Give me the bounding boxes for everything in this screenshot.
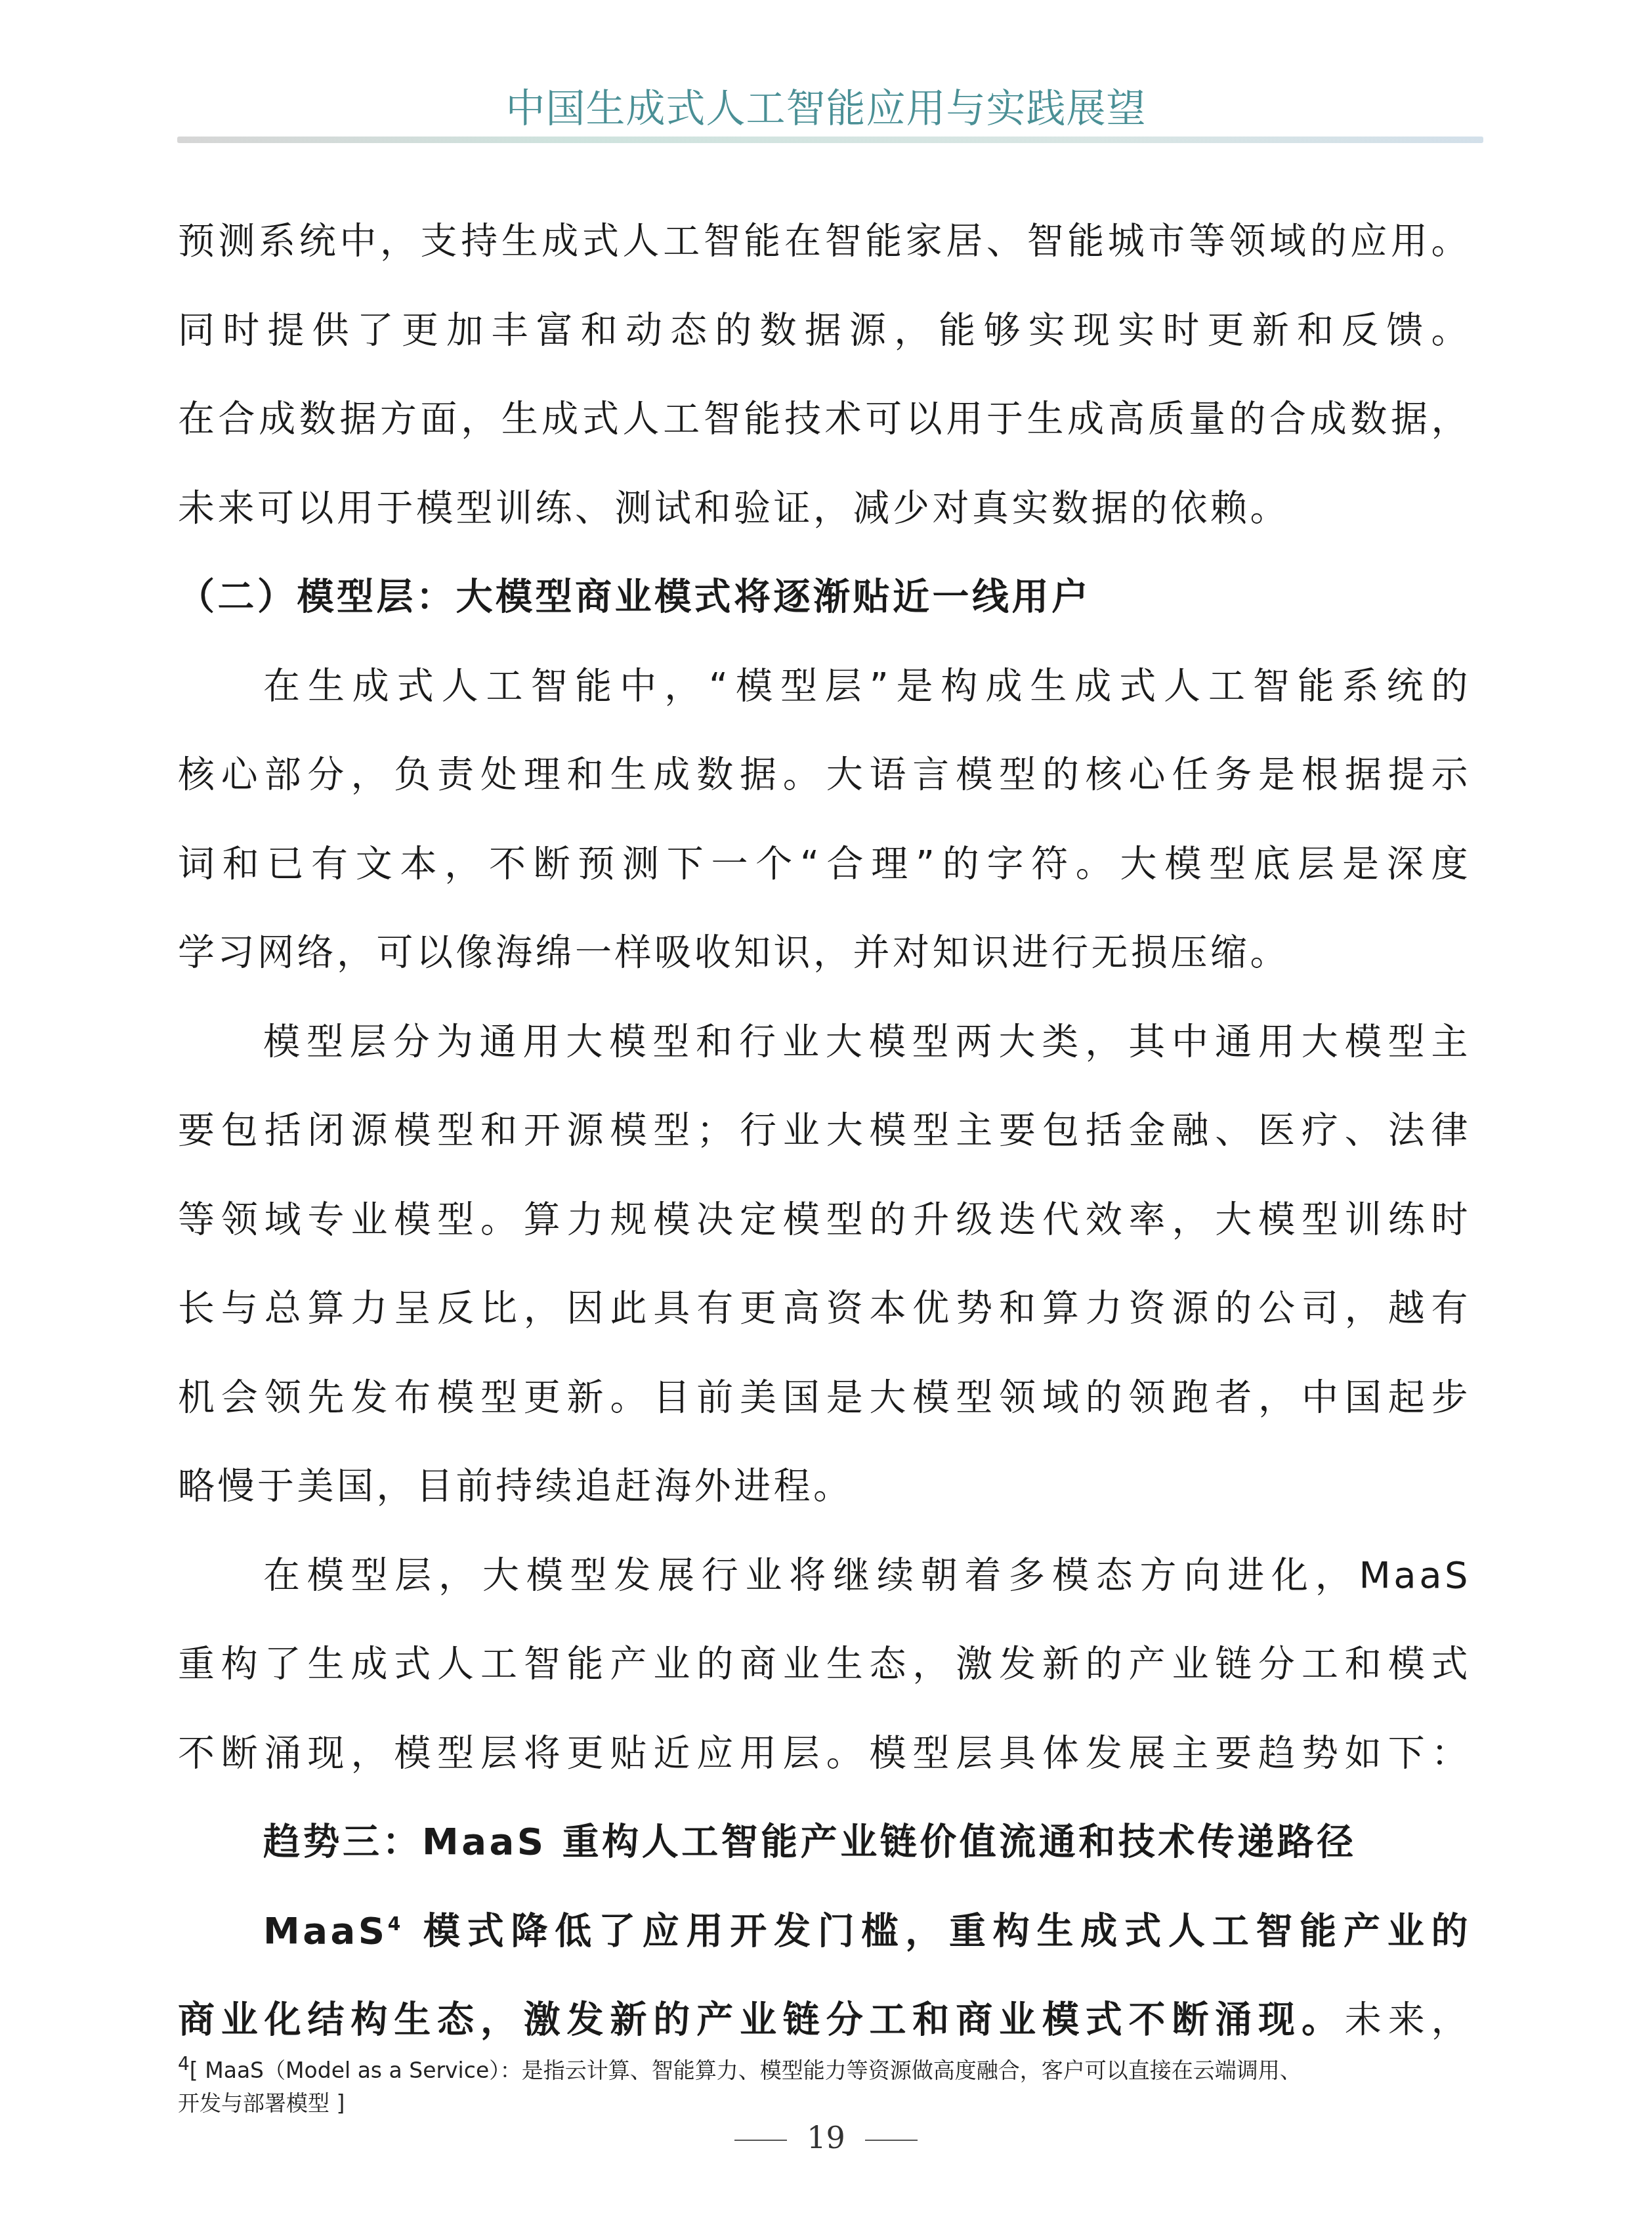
maas-term: MaaS bbox=[263, 1910, 388, 1953]
text-line: 学习网络，可以像海绵一样吸收知识，并对知识进行无损压缩。 bbox=[178, 908, 1471, 998]
text-line: 未来可以用于模型训练、测试和验证，减少对真实数据的依赖。 bbox=[178, 464, 1471, 553]
text-line: 预测系统中，支持生成式人工智能在智能家居、智能城市等领域的应用。 bbox=[178, 197, 1471, 286]
text-line: 词和已有文本，不断预测下一个“合理”的字符。大模型底层是深度 bbox=[178, 820, 1471, 909]
text-span: 未来， bbox=[1345, 1998, 1471, 2041]
text-line: 长与总算力呈反比，因此具有更高资本优势和算力资源的公司，越有 bbox=[178, 1264, 1471, 1353]
dash-right bbox=[865, 2140, 918, 2141]
text-span: 模式降低了应用开发门槛，重构生成式人工智能产业的 bbox=[404, 1910, 1471, 1953]
text-line: 略慢于美国，目前持续追赶海外进程。 bbox=[178, 1442, 1471, 1531]
page-number-value: 19 bbox=[807, 2120, 845, 2155]
running-header-title: 中国生成式人工智能应用与实践展望 bbox=[0, 77, 1652, 134]
text-line: 等领域专业模型。算力规模决定模型的升级迭代效率，大模型训练时 bbox=[178, 1175, 1471, 1265]
text-line: 同时提供了更加丰富和动态的数据源，能够实现实时更新和反馈。 bbox=[178, 286, 1471, 375]
text-line: 核心部分，负责处理和生成数据。大语言模型的核心任务是根据提示 bbox=[178, 730, 1471, 820]
text-line: 商业化结构生态，激发新的产业链分工和商业模式不断涌现。未来， bbox=[178, 1976, 1471, 2065]
footnote-text: [ MaaS（Model as a Service）：是指云计算、智能算力、模型… bbox=[190, 2058, 1302, 2083]
text-line: 模型层分为通用大模型和行业大模型两大类，其中通用大模型主 bbox=[178, 998, 1471, 1087]
text-line: 在模型层，大模型发展行业将继续朝着多模态方向进化，MaaS bbox=[178, 1531, 1471, 1620]
footnote-line: 4[ MaaS（Model as a Service）：是指云计算、智能算力、模… bbox=[178, 2054, 1484, 2087]
page-body: 预测系统中，支持生成式人工智能在智能家居、智能城市等领域的应用。 同时提供了更加… bbox=[178, 197, 1471, 2065]
text-line: 重构了生成式人工智能产业的商业生态，激发新的产业链分工和模式 bbox=[178, 1620, 1471, 1709]
section-heading: （二）模型层：大模型商业模式将逐渐贴近一线用户 bbox=[178, 553, 1471, 642]
footnote-ref[interactable]: 4 bbox=[388, 1913, 404, 1935]
footnote-line: 开发与部署模型 ] bbox=[178, 2087, 1484, 2120]
footnote: 4[ MaaS（Model as a Service）：是指云计算、智能算力、模… bbox=[178, 2054, 1484, 2120]
footnote-marker: 4 bbox=[178, 2053, 190, 2075]
text-span-bold: 商业化结构生态，激发新的产业链分工和商业模式不断涌现。 bbox=[178, 1998, 1345, 2041]
text-line: MaaS4 模式降低了应用开发门槛，重构生成式人工智能产业的 bbox=[178, 1887, 1471, 1976]
text-line: 在生成式人工智能中，“模型层”是构成生成式人工智能系统的 bbox=[178, 642, 1471, 731]
trend-heading: 趋势三：MaaS 重构人工智能产业链价值流通和技术传递路径 bbox=[178, 1798, 1471, 1887]
text-line: 不断涌现，模型层将更贴近应用层。模型层具体发展主要趋势如下： bbox=[178, 1709, 1471, 1798]
text-line: 机会领先发布模型更新。目前美国是大模型领域的领跑者，中国起步 bbox=[178, 1353, 1471, 1443]
header-divider bbox=[177, 137, 1483, 143]
text-line: 要包括闭源模型和开源模型；行业大模型主要包括金融、医疗、法律 bbox=[178, 1086, 1471, 1175]
page-number: 19 bbox=[0, 2120, 1652, 2155]
dash-left bbox=[734, 2140, 787, 2141]
text-line: 在合成数据方面，生成式人工智能技术可以用于生成高质量的合成数据， bbox=[178, 375, 1471, 464]
